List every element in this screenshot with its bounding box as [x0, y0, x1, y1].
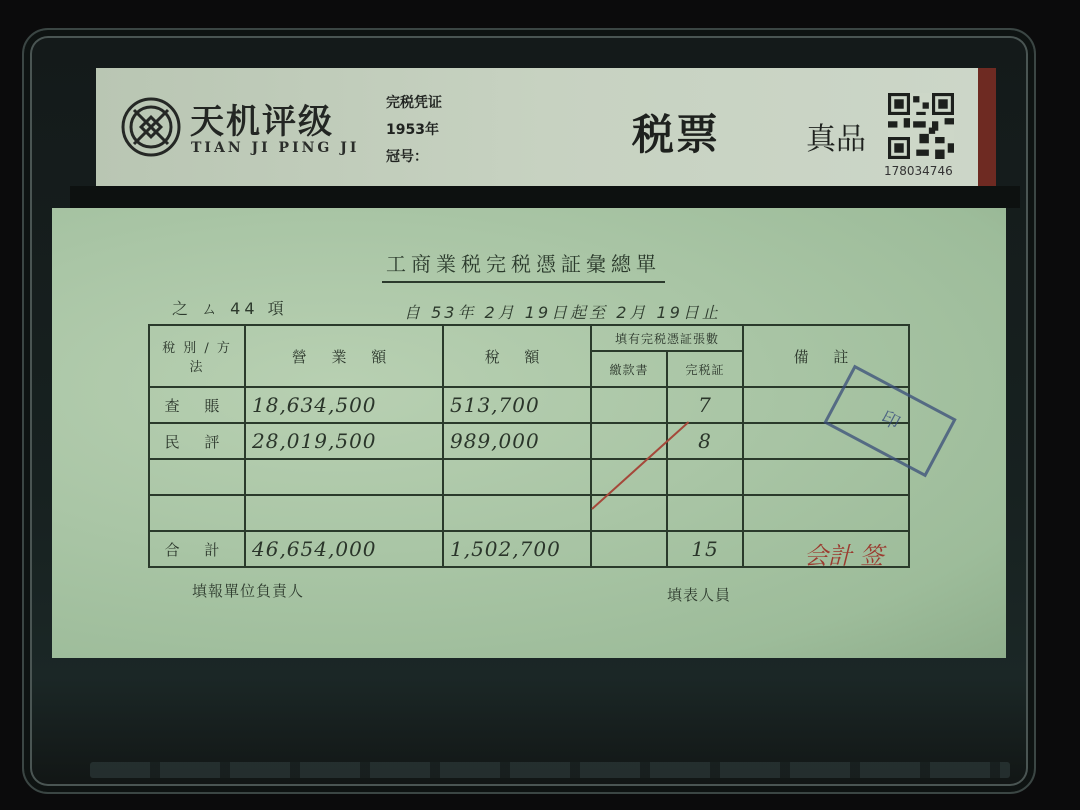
- row-type: [149, 459, 245, 495]
- label-accent-stripe: [978, 68, 996, 186]
- certificate-number: 178034746: [884, 164, 953, 178]
- meta-year: 1953年: [386, 117, 442, 144]
- total-payment-slip: [591, 531, 667, 567]
- row-type: 查 賬: [149, 387, 245, 423]
- document-number: 之 ㄙ 44 項: [172, 296, 288, 319]
- meta-serial-label: 冠号：: [386, 144, 442, 171]
- authenticity-status: 真品: [806, 114, 866, 158]
- total-tax: 1,502,700: [443, 531, 591, 567]
- row-note: [743, 459, 909, 495]
- header-tax-receipt: 完税証: [667, 351, 743, 387]
- row-revenue: [245, 495, 443, 531]
- row-revenue: 28,019,500: [245, 423, 443, 459]
- header-payment-slip: 繳款書: [591, 351, 667, 387]
- header-notes: 備 註: [743, 325, 909, 387]
- slab-bottom-ridge: [90, 762, 1010, 778]
- header-receipt-count: 填有完税憑証張數: [591, 325, 743, 351]
- slab-divider: [70, 186, 1020, 208]
- tianji-logo-icon: [120, 96, 182, 158]
- accountant-signature: 会計 签: [804, 536, 884, 571]
- header-revenue: 營 業 額: [245, 325, 443, 387]
- grading-label: 天机评级 TIAN JI PING JI 完税凭证 1953年 冠号： 税票 真…: [96, 68, 996, 186]
- row-tax: [443, 495, 591, 531]
- row-revenue: 18,634,500: [245, 387, 443, 423]
- row-receipt: [667, 495, 743, 531]
- table-row: [149, 495, 909, 531]
- total-revenue: 46,654,000: [245, 531, 443, 567]
- tax-document: 工商業税完税憑証彙總單 之 ㄙ 44 項 自 53年 2月 19日起至 2月 1…: [52, 208, 1006, 658]
- total-receipt: 15: [667, 531, 743, 567]
- table-row: 民 評 28,019,500 989,000 8: [149, 423, 909, 459]
- row-receipt: [667, 459, 743, 495]
- brand-name-en: TIAN JI PING JI: [191, 140, 359, 156]
- qr-code-icon: [888, 93, 954, 159]
- table-total-row: 合 計 46,654,000 1,502,700 15: [149, 531, 909, 567]
- header-tax-type: 稅 別 / 方 法: [149, 325, 245, 387]
- row-revenue: [245, 459, 443, 495]
- row-type: 民 評: [149, 423, 245, 459]
- responsible-person-label: 填報單位負責人: [192, 580, 304, 601]
- table-header-row: 稅 別 / 方 法 營 業 額 稅 額 填有完税憑証張數 備 註: [149, 325, 909, 351]
- brand-name-cn: 天机评级: [190, 94, 334, 143]
- total-label: 合 計: [149, 531, 245, 567]
- meta-category: 完税凭证: [386, 90, 442, 117]
- row-tax: 513,700: [443, 387, 591, 423]
- document-title: 工商業税完税憑証彙總單: [382, 248, 665, 283]
- item-title: 税票: [632, 102, 720, 162]
- row-type: [149, 495, 245, 531]
- item-meta: 完税凭证 1953年 冠号：: [386, 90, 442, 171]
- row-note: [743, 495, 909, 531]
- header-tax: 稅 額: [443, 325, 591, 387]
- row-tax: 989,000: [443, 423, 591, 459]
- document-date-range: 自 53年 2月 19日起至 2月 19日止: [404, 300, 721, 323]
- table-row: [149, 459, 909, 495]
- row-payment-slip: [591, 387, 667, 423]
- filler-label: 填表人員: [667, 584, 731, 605]
- table-row: 查 賬 18,634,500 513,700 7: [149, 387, 909, 423]
- row-payment-slip: [591, 423, 667, 459]
- tax-summary-table: 稅 別 / 方 法 營 業 額 稅 額 填有完税憑証張數 備 註 繳款書 完税証…: [148, 324, 910, 568]
- row-tax: [443, 459, 591, 495]
- row-receipt: 7: [667, 387, 743, 423]
